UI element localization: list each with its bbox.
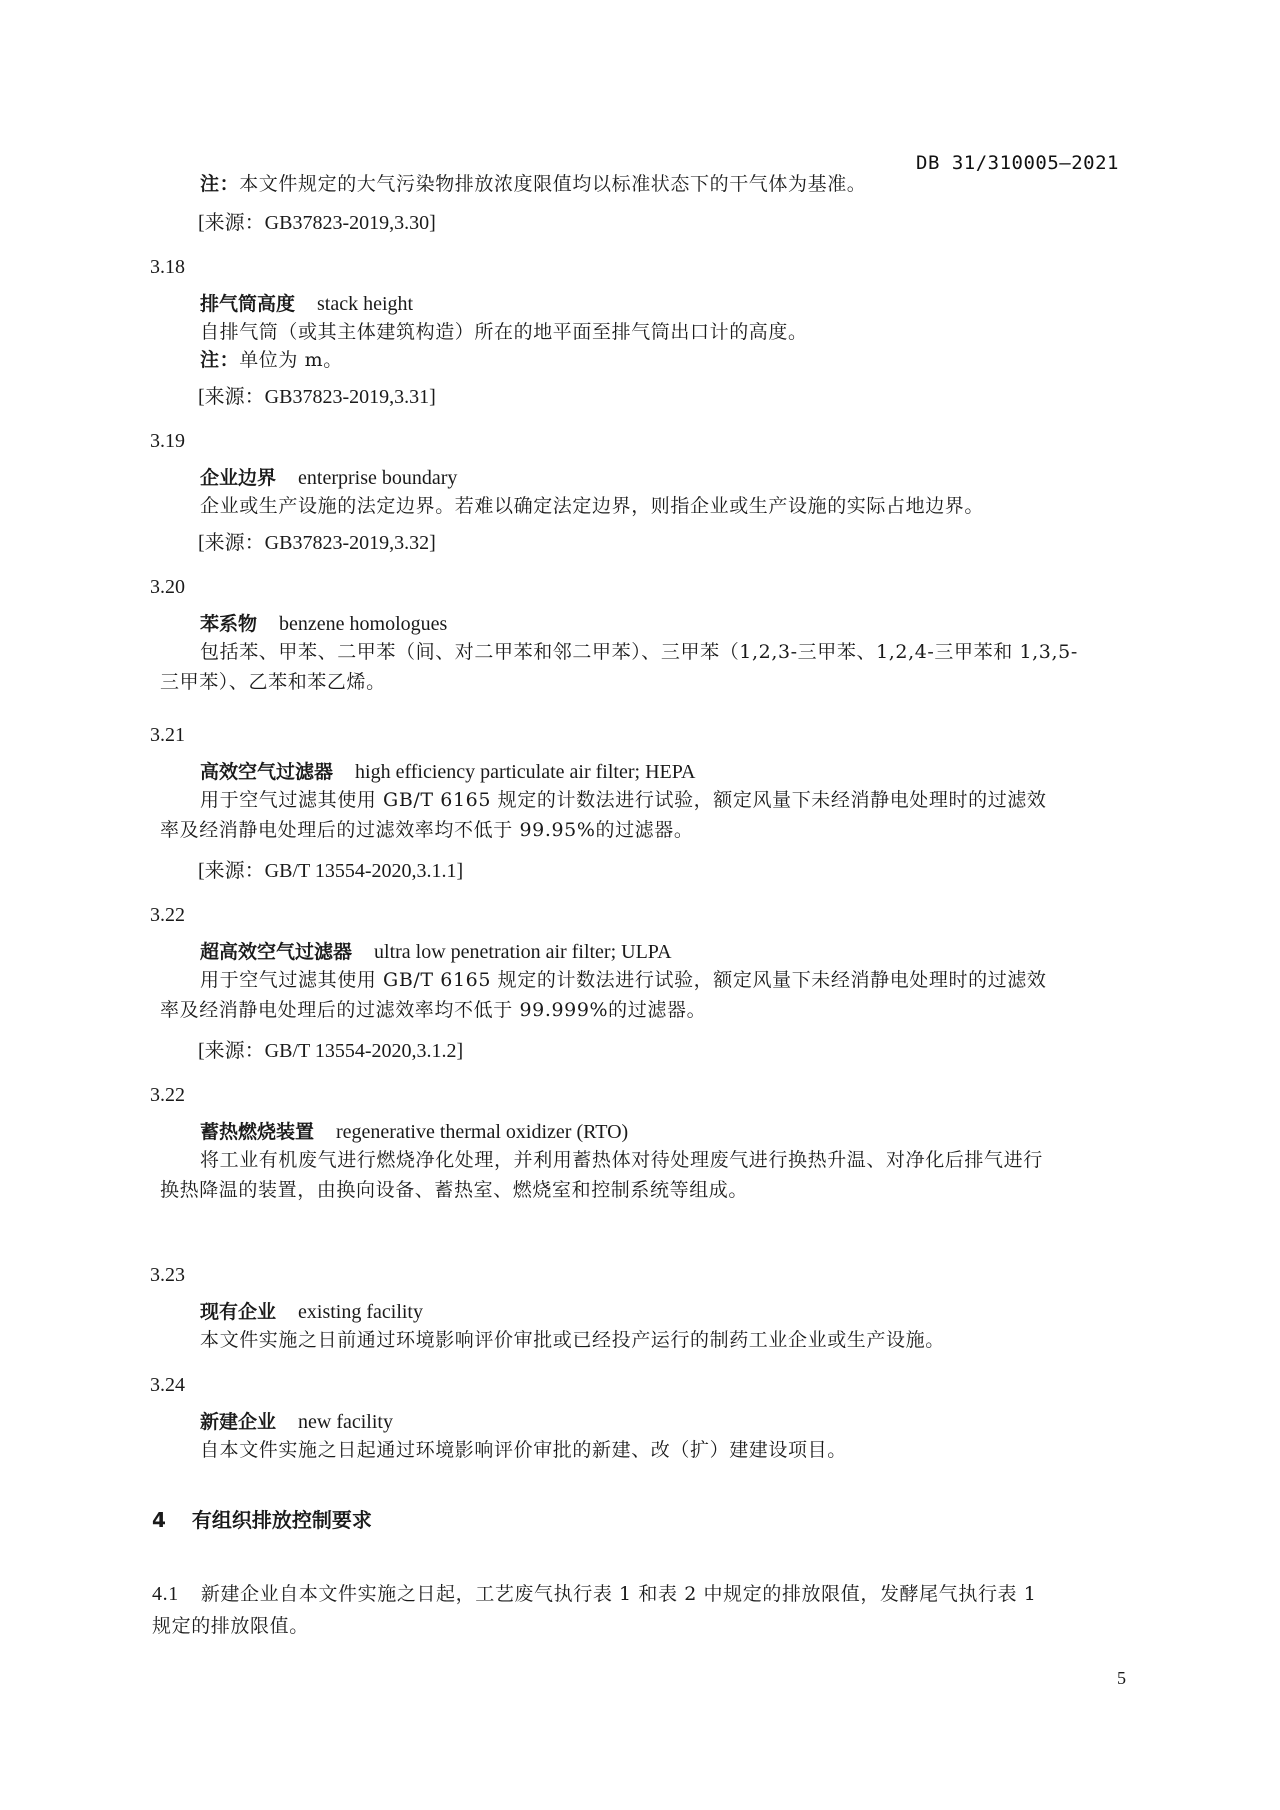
- term-definition: 自排气筒（或其主体建筑构造）所在的地平面至排气筒出口计的高度。: [200, 318, 808, 346]
- source-citation: [来源：GB37823-2019,3.31]: [198, 380, 436, 409]
- term-number: 3.22: [150, 1084, 185, 1107]
- term-definition-line: 率及经消静电处理后的过滤效率均不低于 99.95%的过滤器。: [160, 816, 694, 844]
- section-number: 4: [152, 1508, 166, 1532]
- term-zh: 苯系物: [200, 613, 257, 635]
- note-label: 注：: [200, 349, 239, 371]
- source-citation: [来源：GB/T 13554-2020,3.1.2]: [198, 1034, 463, 1063]
- term-definition-line: 换热降温的装置，由换向设备、蓄热室、燃烧室和控制系统等组成。: [160, 1176, 748, 1204]
- term-zh: 现有企业: [200, 1301, 276, 1323]
- term-en: ultra low penetration air filter; ULPA: [374, 941, 672, 963]
- term-en: stack height: [317, 293, 413, 315]
- term-number: 3.19: [150, 430, 185, 453]
- term-number: 3.22: [150, 904, 185, 927]
- term-heading: 苯系物benzene homologues: [200, 610, 447, 638]
- term-zh: 高效空气过滤器: [200, 761, 333, 783]
- note-text: 本文件规定的大气污染物排放浓度限值均以标准状态下的干气体为基准。: [239, 173, 866, 195]
- term-definition-line: 用于空气过滤其使用 GB/T 6165 规定的计数法进行试验，额定风量下未经消静…: [200, 966, 1047, 994]
- clause-4-1: 4.1新建企业自本文件实施之日起，工艺废气执行表 1 和表 2 中规定的排放限值…: [152, 1580, 1036, 1608]
- clause-line: 新建企业自本文件实施之日起，工艺废气执行表 1 和表 2 中规定的排放限值，发酵…: [201, 1583, 1037, 1605]
- term-heading: 企业边界enterprise boundary: [200, 464, 457, 492]
- section-title: 有组织排放控制要求: [192, 1508, 372, 1532]
- term-heading: 超高效空气过滤器ultra low penetration air filter…: [200, 938, 672, 966]
- source-citation: [来源：GB37823-2019,3.32]: [198, 526, 436, 555]
- term-note: 注：单位为 m。: [200, 346, 343, 374]
- term-heading: 高效空气过滤器high efficiency particulate air f…: [200, 758, 695, 786]
- term-en: new facility: [298, 1411, 393, 1433]
- term-zh: 新建企业: [200, 1411, 276, 1433]
- term-en: high efficiency particulate air filter; …: [355, 761, 695, 783]
- term-definition-line: 将工业有机废气进行燃烧净化处理，并利用蓄热体对待处理废气进行换热升温、对净化后排…: [200, 1146, 1043, 1174]
- term-definition: 企业或生产设施的法定边界。若难以确定法定边界，则指企业或生产设施的实际占地边界。: [200, 492, 984, 520]
- term-number: 3.18: [150, 256, 185, 279]
- term-zh: 排气筒高度: [200, 293, 295, 315]
- term-heading: 蓄热燃烧装置regenerative thermal oxidizer (RTO…: [200, 1118, 628, 1146]
- term-definition: 自本文件实施之日起通过环境影响评价审批的新建、改（扩）建建设项目。: [200, 1436, 847, 1464]
- term-zh: 超高效空气过滤器: [200, 941, 352, 963]
- term-definition-line: 包括苯、甲苯、二甲苯（间、对二甲苯和邻二甲苯）、三甲苯（1,2,3-三甲苯、1,…: [200, 638, 1078, 666]
- clause-line: 规定的排放限值。: [152, 1612, 309, 1640]
- term-heading: 现有企业existing facility: [200, 1298, 423, 1326]
- term-en: regenerative thermal oxidizer (RTO): [336, 1121, 628, 1143]
- term-en: benzene homologues: [279, 613, 447, 635]
- intro-note: 注：本文件规定的大气污染物排放浓度限值均以标准状态下的干气体为基准。: [200, 170, 866, 198]
- page-number: 5: [1117, 1668, 1126, 1689]
- term-definition-line: 三甲苯）、乙苯和苯乙烯。: [160, 668, 386, 696]
- term-definition-line: 用于空气过滤其使用 GB/T 6165 规定的计数法进行试验，额定风量下未经消静…: [200, 786, 1047, 814]
- term-heading: 新建企业new facility: [200, 1408, 393, 1436]
- term-definition: 本文件实施之日前通过环境影响评价审批或已经投产运行的制药工业企业或生产设施。: [200, 1326, 945, 1354]
- document-code: DB 31/310005—2021: [916, 152, 1119, 174]
- term-number: 3.21: [150, 724, 185, 747]
- section-heading: 4有组织排放控制要求: [152, 1504, 372, 1533]
- term-heading: 排气筒高度stack height: [200, 290, 413, 318]
- source-citation: [来源：GB37823-2019,3.30]: [198, 206, 436, 235]
- note-label: 注：: [200, 173, 239, 195]
- term-zh: 蓄热燃烧装置: [200, 1121, 314, 1143]
- term-number: 3.20: [150, 576, 185, 599]
- note-text: 单位为 m。: [239, 349, 343, 371]
- term-zh: 企业边界: [200, 467, 276, 489]
- clause-number: 4.1: [152, 1583, 179, 1605]
- term-number: 3.23: [150, 1264, 185, 1287]
- document-page: DB 31/310005—2021 注：本文件规定的大气污染物排放浓度限值均以标…: [0, 0, 1280, 1810]
- term-number: 3.24: [150, 1374, 185, 1397]
- term-en: existing facility: [298, 1301, 423, 1323]
- source-citation: [来源：GB/T 13554-2020,3.1.1]: [198, 854, 463, 883]
- term-definition-line: 率及经消静电处理后的过滤效率均不低于 99.999%的过滤器。: [160, 996, 706, 1024]
- term-en: enterprise boundary: [298, 467, 457, 489]
